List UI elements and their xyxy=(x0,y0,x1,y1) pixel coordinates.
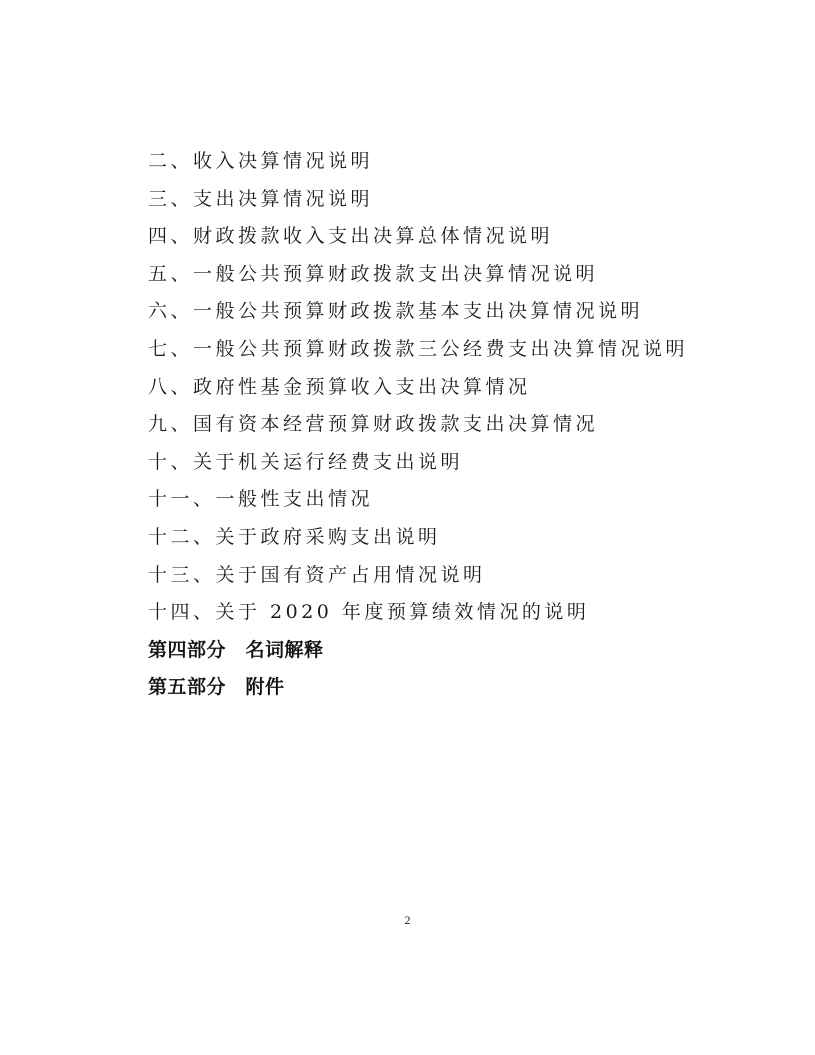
toc-item-income-final-accounts: 二、收入决算情况说明 xyxy=(148,146,688,184)
toc-item-general-public-budget-basic-expenditure: 六、一般公共预算财政拨款基本支出决算情况说明 xyxy=(148,296,688,334)
toc-item-government-fund-budget: 八、政府性基金预算收入支出决算情况 xyxy=(148,372,688,410)
toc-part-four-glossary: 第四部分 名词解释 xyxy=(148,635,688,673)
table-of-contents: 二、收入决算情况说明 三、支出决算情况说明 四、财政拨款收入支出决算总体情况说明… xyxy=(148,146,688,710)
toc-item-general-public-budget-expenditure: 五、一般公共预算财政拨款支出决算情况说明 xyxy=(148,259,688,297)
toc-item-state-assets-occupancy: 十三、关于国有资产占用情况说明 xyxy=(148,560,688,598)
toc-part-five-attachments: 第五部分 附件 xyxy=(148,672,688,710)
toc-item-three-public-expenses: 七、一般公共预算财政拨款三公经费支出决算情况说明 xyxy=(148,334,688,372)
toc-item-fiscal-appropriation-overall: 四、财政拨款收入支出决算总体情况说明 xyxy=(148,221,688,259)
toc-item-agency-operating-expenses: 十、关于机关运行经费支出说明 xyxy=(148,447,688,485)
toc-item-budget-performance-2020: 十四、关于 2020 年度预算绩效情况的说明 xyxy=(148,597,688,635)
toc-item-government-procurement: 十二、关于政府采购支出说明 xyxy=(148,522,688,560)
toc-item-expenditure-final-accounts: 三、支出决算情况说明 xyxy=(148,184,688,222)
page-number: 2 xyxy=(0,913,815,928)
toc-item-state-capital-operation-budget: 九、国有资本经营预算财政拨款支出决算情况 xyxy=(148,409,688,447)
document-page: 二、收入决算情况说明 三、支出决算情况说明 四、财政拨款收入支出决算总体情况说明… xyxy=(0,0,815,1055)
toc-item-general-expenditure: 十一、一般性支出情况 xyxy=(148,484,688,522)
